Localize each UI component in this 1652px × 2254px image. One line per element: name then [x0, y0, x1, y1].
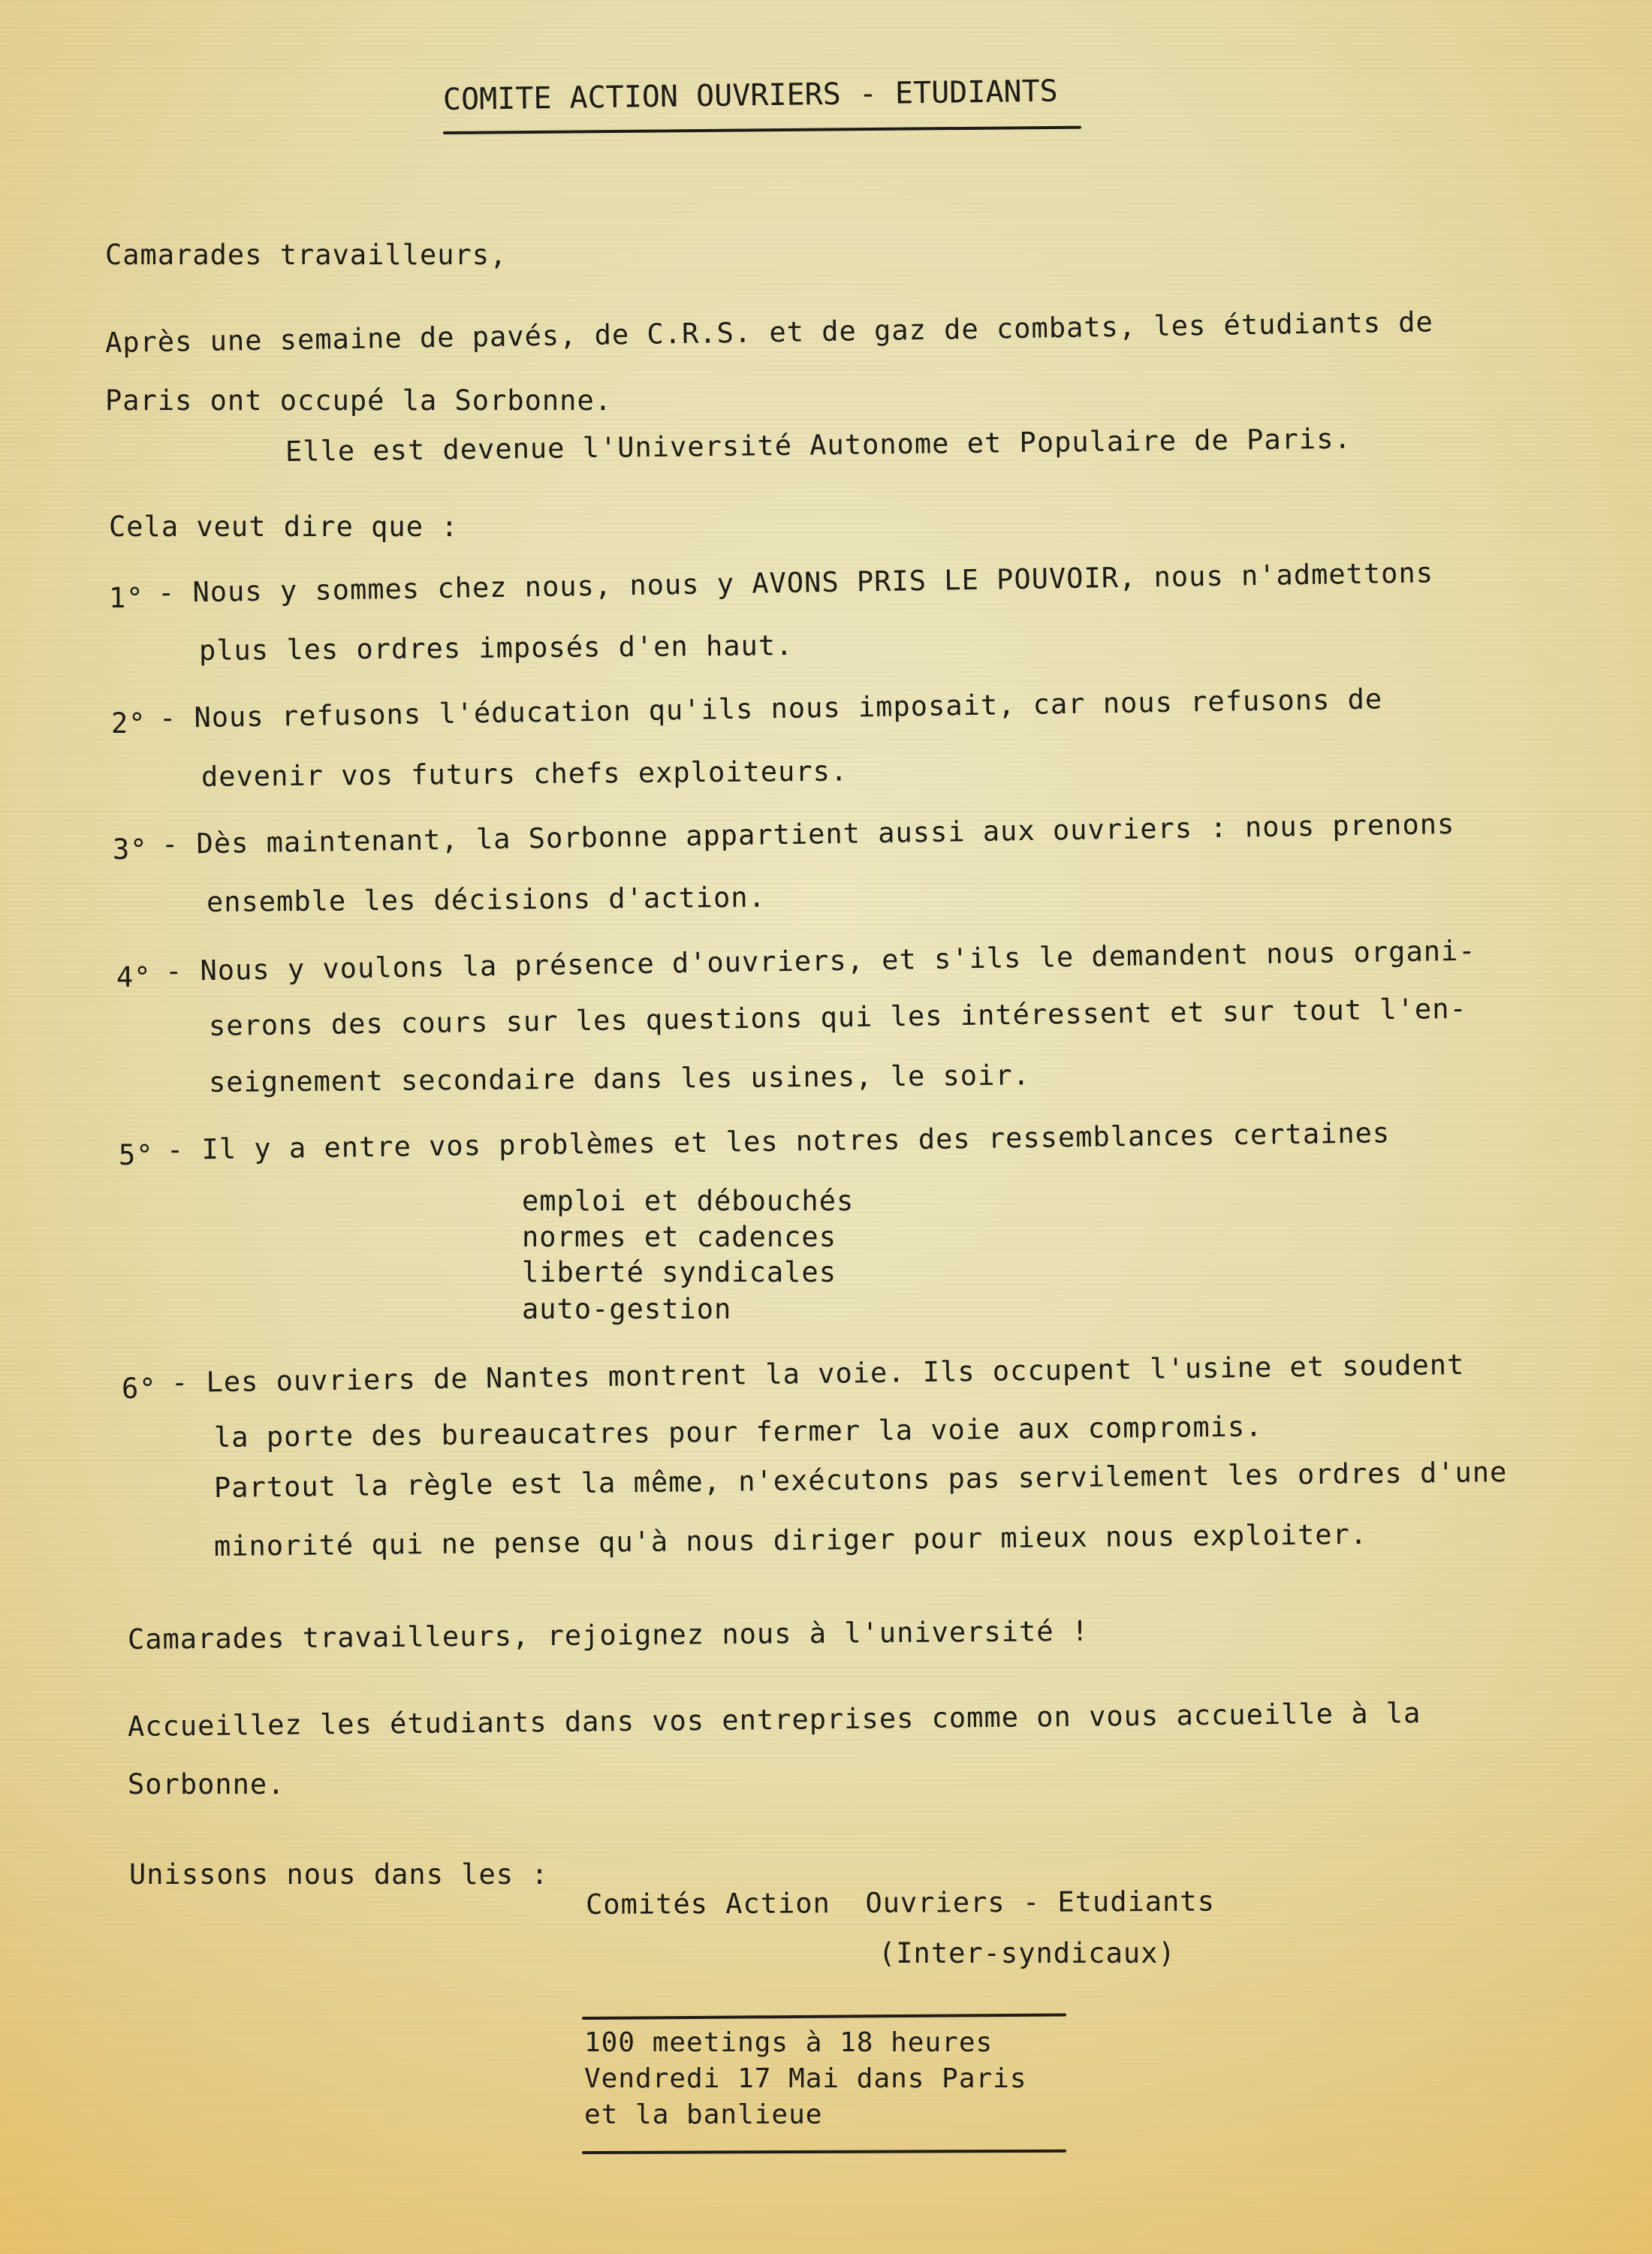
- intro-line-1: Après une semaine de pavés, de C.R.S. et…: [105, 306, 1433, 359]
- point-2-number: 2°: [111, 707, 146, 740]
- intro-line-3: Elle est devenue l'Université Autonome e…: [285, 423, 1352, 468]
- resemblance-1: emploi et débouchés: [522, 1185, 854, 1217]
- point-6-line-3: Partout la règle est la même, n'exécuton…: [214, 1456, 1508, 1504]
- point-6-line-4: minorité qui ne pense qu'à nous diriger …: [214, 1518, 1368, 1562]
- point-6-number: 6°: [122, 1373, 157, 1405]
- point-4-line-1: - Nous y voulons la présence d'ouvriers,…: [165, 935, 1476, 987]
- paper-stain: [0, 1728, 1652, 2254]
- point-1-number: 1°: [109, 582, 144, 614]
- meeting-line-1: 100 meetings à 18 heures: [584, 2027, 993, 2058]
- intro-line-2: Paris ont occupé la Sorbonne.: [105, 384, 612, 417]
- title-underline: [443, 126, 1081, 134]
- point-4-number: 4°: [116, 961, 152, 993]
- meeting-line-2: Vendredi 17 Mai dans Paris: [584, 2063, 1027, 2094]
- point-1-line-1: - Nous y sommes chez nous, nous y AVONS …: [158, 556, 1434, 609]
- point-5-line-1: - Il y a entre vos problèmes et les notr…: [167, 1116, 1391, 1166]
- signature-intersyndical: (Inter-syndicaux): [879, 1937, 1176, 1969]
- point-4-line-3: seignement secondaire dans les usines, l…: [209, 1059, 1030, 1098]
- lead-text: Cela veut dire que :: [109, 511, 459, 543]
- point-6-line-2: la porte des bureaucatres pour fermer la…: [214, 1410, 1263, 1454]
- point-2-line-1: - Nous refusons l'éducation qu'ils nous …: [159, 683, 1383, 734]
- point-3-line-2: ensemble les décisions d'action.: [206, 881, 766, 918]
- point-2-line-2: devenir vos futurs chefs exploiteurs.: [201, 755, 849, 793]
- document-title: COMITE ACTION OUVRIERS - ETUDIANTS: [443, 74, 1058, 117]
- point-3-number: 3°: [113, 833, 148, 866]
- resemblance-3: liberté syndicales: [522, 1256, 837, 1288]
- resemblance-4: auto-gestion: [522, 1293, 731, 1325]
- leaflet-page: COMITE ACTION OUVRIERS - ETUDIANTS Camar…: [0, 0, 1652, 2254]
- point-4-line-2: serons des cours sur les questions qui l…: [209, 993, 1467, 1042]
- point-3-line-1: - Dès maintenant, la Sorbonne appartient…: [161, 808, 1455, 860]
- unite-text: Unissons nous dans les :: [129, 1858, 549, 1891]
- signature-committees: Comités Action Ouvriers - Etudiants: [586, 1885, 1215, 1921]
- point-6-line-1: - Les ouvriers de Nantes montrent la voi…: [171, 1348, 1465, 1399]
- welcome-line-2: Sorbonne.: [128, 1768, 285, 1800]
- point-1-line-2: plus les ordres imposés d'en haut.: [199, 629, 794, 667]
- call-to-join: Camarades travailleurs, rejoignez nous à…: [128, 1615, 1090, 1656]
- resemblance-2: normes et cadences: [522, 1221, 837, 1253]
- meeting-line-3: et la banlieue: [584, 2099, 822, 2130]
- point-5-number: 5°: [119, 1139, 154, 1171]
- salutation: Camarades travailleurs,: [105, 239, 507, 271]
